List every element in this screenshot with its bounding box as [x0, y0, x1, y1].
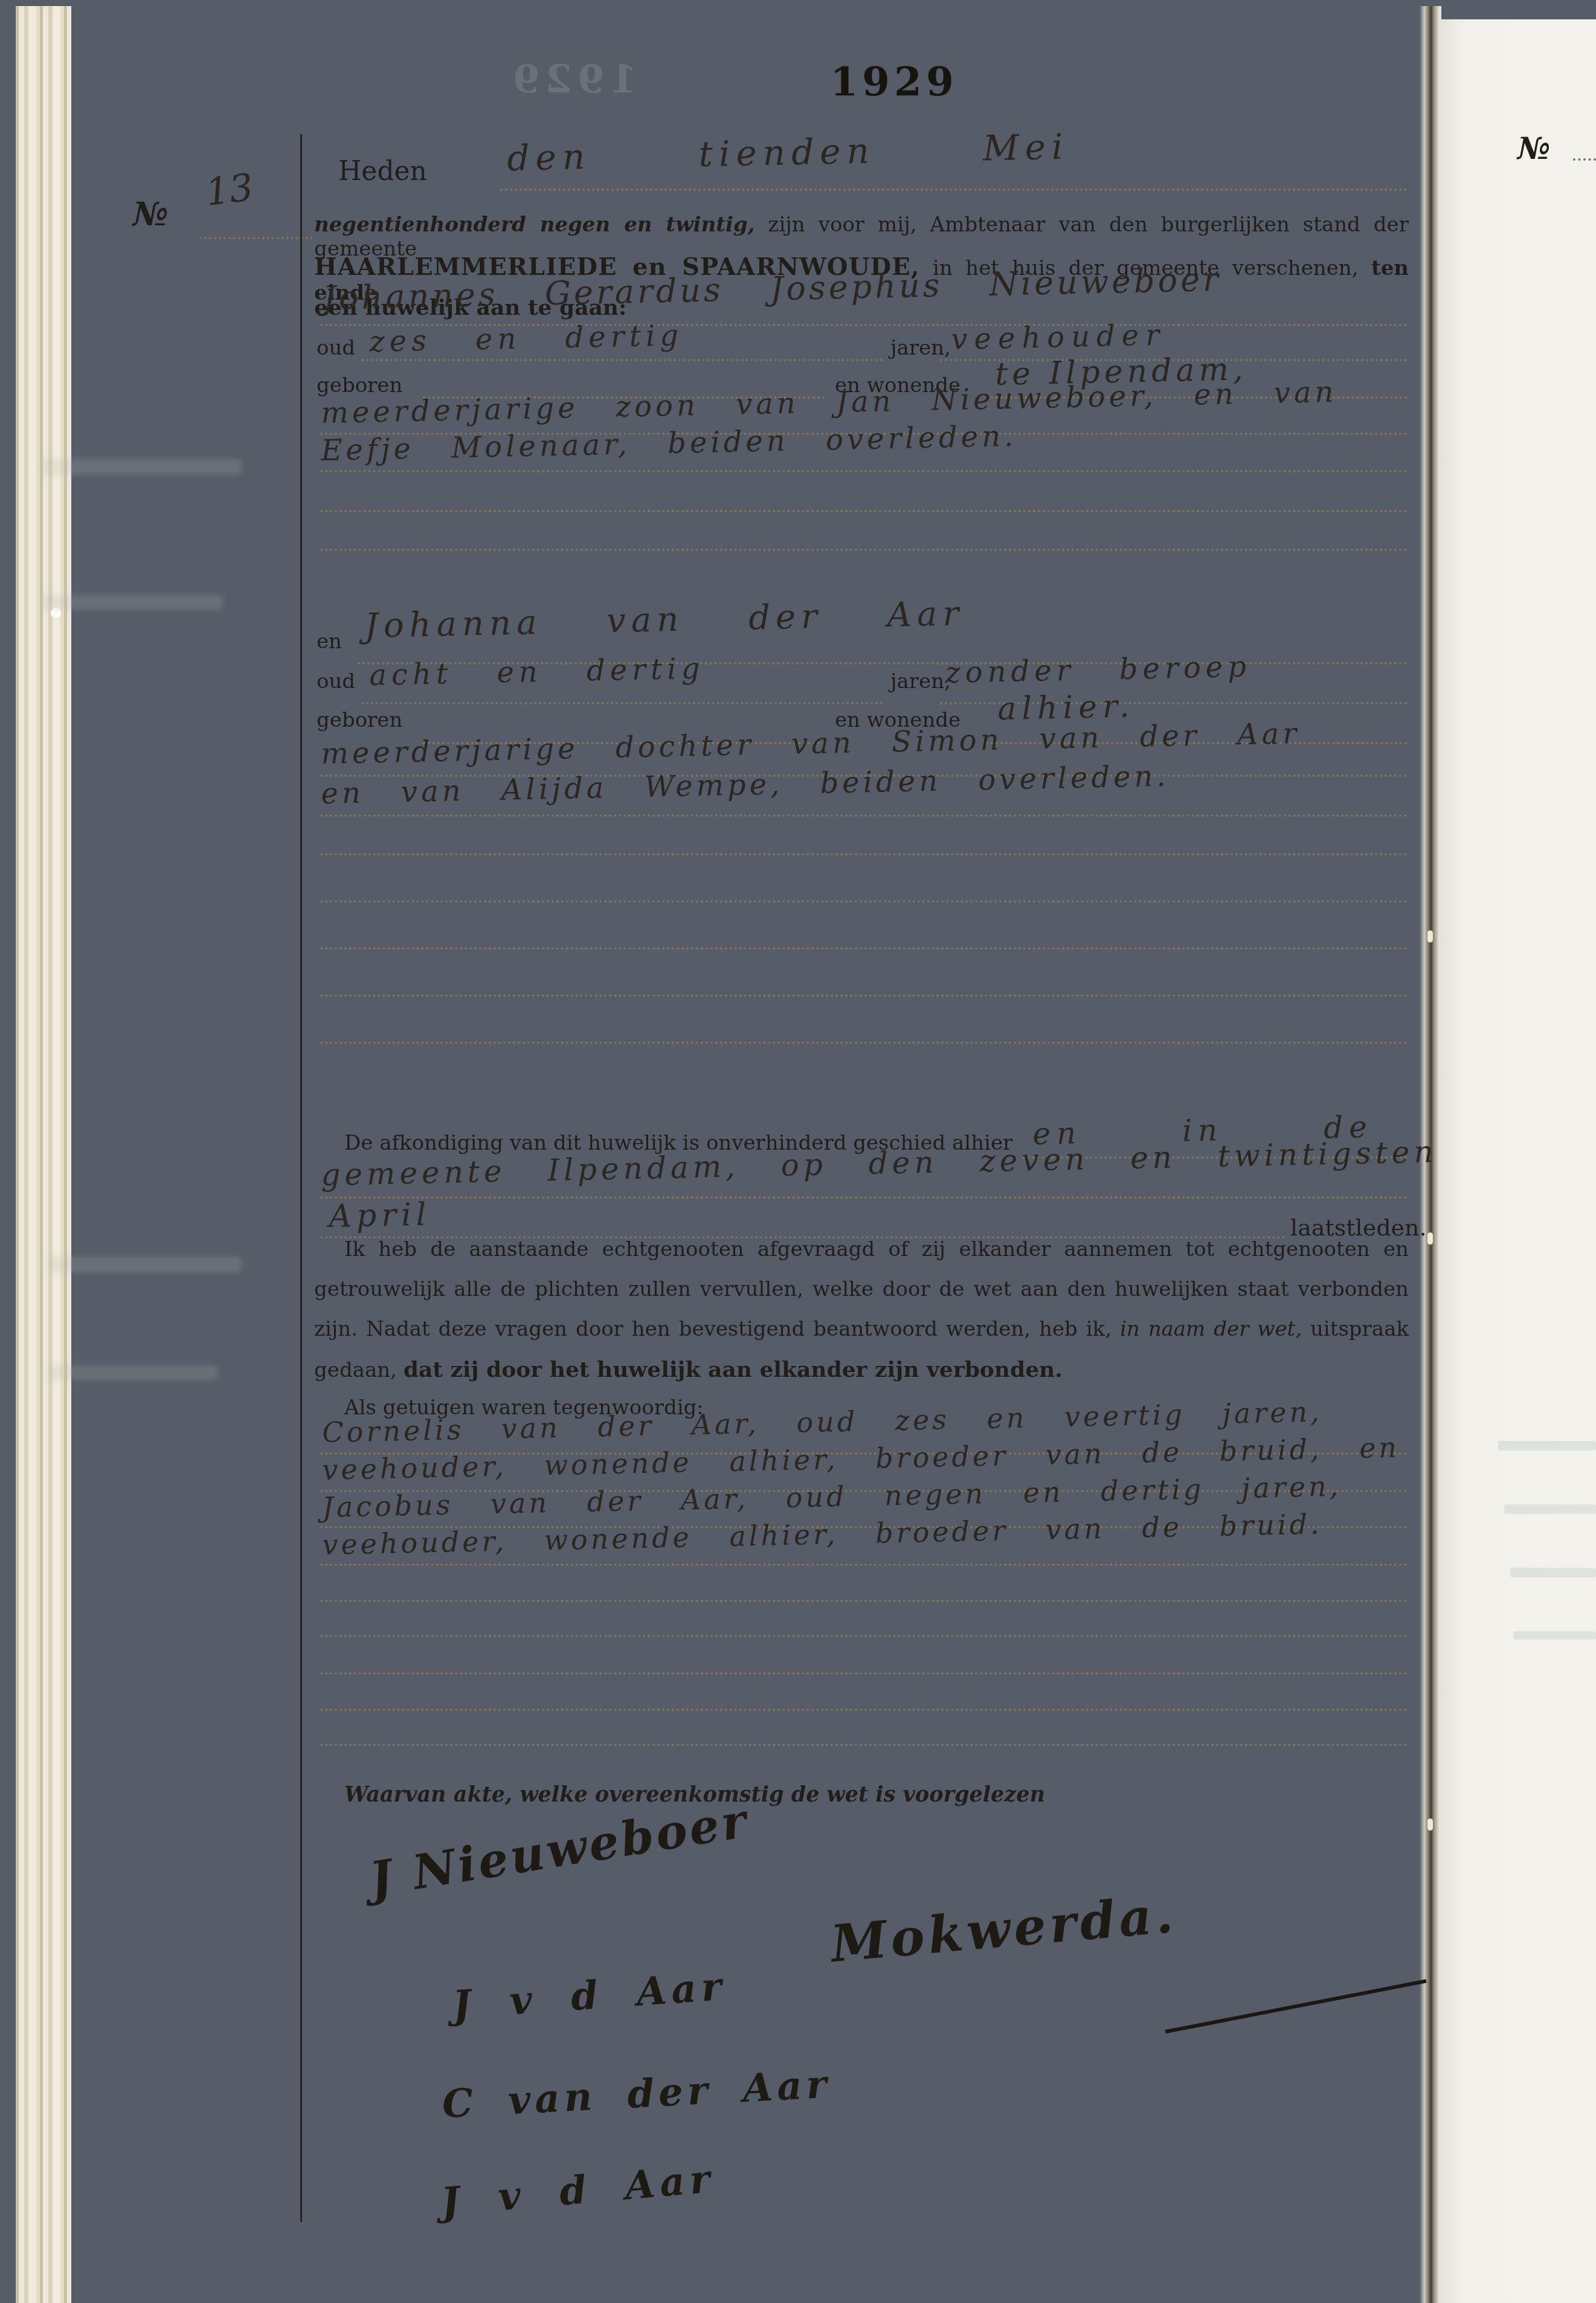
dotted-line: [320, 1042, 1408, 1044]
bleed-smudge: [42, 459, 242, 475]
groom-age-handwritten: zes en dertig: [369, 318, 684, 359]
bleed-line: [1513, 1631, 1596, 1640]
page-stack-edges: [16, 6, 71, 2303]
vows-line-4: gedaan, dat zij door het huwelijk aan el…: [314, 1357, 1063, 1382]
geboren-label: geboren: [317, 373, 402, 398]
binding-stitch: [1427, 930, 1433, 942]
en-label: en: [317, 630, 342, 654]
jaren-label: jaren,: [890, 669, 951, 694]
margin-rule: [300, 134, 302, 2222]
dotted-line: [320, 1564, 1408, 1566]
bride-age-handwritten: acht en dertig: [369, 651, 705, 692]
year-heading: 1929: [803, 58, 985, 105]
dotted-line: [500, 188, 1408, 191]
vows-line-4-bold: dat zij door het huwelijk aan elkander z…: [404, 1357, 1063, 1382]
binding-stitch: [1427, 1232, 1433, 1245]
scanned-register-photo: 1929 1929 № 13 Heden den tienden Mei neg…: [0, 0, 1596, 2303]
heden-label: Heden: [338, 156, 427, 187]
dotted-line: [320, 510, 1408, 512]
vows-line-3b: uitspraak: [1310, 1317, 1409, 1341]
binding-stitch: [1427, 1818, 1433, 1831]
bleed-smudge: [48, 1257, 242, 1272]
vows-line-4a: gedaan,: [314, 1358, 397, 1382]
dotted-line: [320, 900, 1408, 903]
dotted-line: [320, 947, 1408, 950]
bleed-line: [1498, 1441, 1596, 1451]
dotted-line: [320, 1600, 1408, 1602]
jaren-label: jaren,: [890, 336, 951, 360]
bleed-line: [1504, 1504, 1596, 1514]
dotted-line: [320, 1744, 1408, 1746]
year-bleedthrough: 1929: [507, 57, 637, 102]
oud-label: oud: [317, 336, 355, 360]
groom-occupation-handwritten: veehouder: [951, 318, 1166, 356]
geboren-label: geboren: [317, 708, 402, 732]
dotted-line: [320, 994, 1408, 997]
dotted-line: [320, 853, 1408, 855]
act-number-handwritten: 13: [203, 165, 256, 214]
vows-line-3: zijn. Nadat deze vragen door hen bevesti…: [314, 1317, 1409, 1341]
dotted-line: [320, 1672, 1408, 1675]
year-words: negentienhonderd negen en twintig,: [314, 213, 755, 237]
bleed-smudge: [48, 1365, 217, 1380]
bleed-smudge: [42, 595, 224, 610]
bride-occupation-handwritten: zonder beroep: [945, 649, 1252, 690]
vows-line-3a: zijn. Nadat deze vragen door hen bevesti…: [314, 1317, 1112, 1341]
dotted-line: [320, 1709, 1408, 1711]
dotted-line: [361, 702, 883, 704]
announcement-hand3: April: [329, 1196, 431, 1235]
dotted-line: [320, 1196, 1408, 1199]
dotted-line: [320, 1635, 1408, 1637]
bleed-line: [1510, 1568, 1596, 1577]
dotted-line: [199, 237, 313, 239]
vows-line-3-emphasis: in naam der wet,: [1120, 1317, 1302, 1341]
margin-number-symbol: №: [133, 195, 169, 233]
dotted-line: [361, 359, 883, 361]
vows-line-1: Ik heb de aanstaande echtgenooten afgevr…: [344, 1237, 1409, 1261]
oud-label: oud: [317, 669, 355, 694]
dotted-line: [1573, 158, 1596, 161]
dotted-line: [320, 470, 1408, 472]
dotted-line: [320, 549, 1408, 551]
vows-line-2: getrouwelijk alle de plichten zullen ver…: [314, 1277, 1409, 1301]
dotted-line: [320, 814, 1408, 817]
right-page-number-symbol: №: [1517, 130, 1550, 166]
right-page-sheet: [1440, 19, 1596, 2303]
